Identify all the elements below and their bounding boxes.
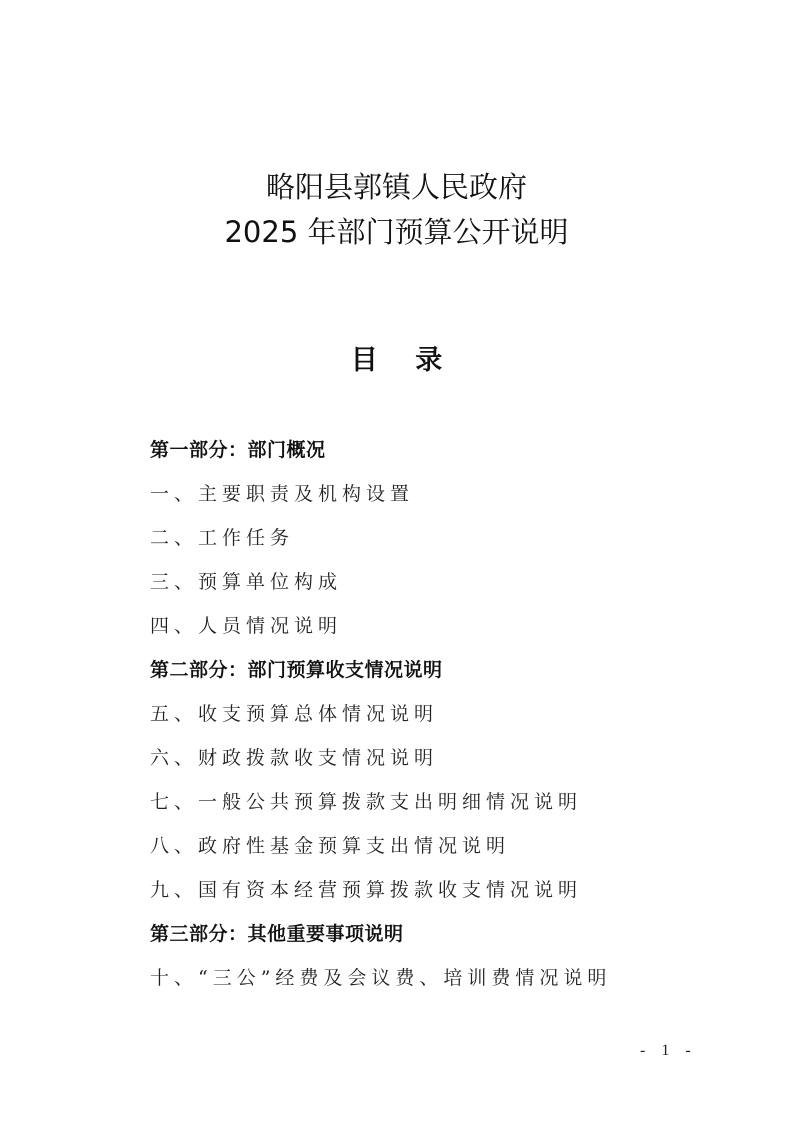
toc-item-8: 八、政府性基金预算支出情况说明 [150,832,611,876]
document-title-line2: 2025 年部门预算公开说明 [0,210,793,251]
toc-heading: 目 录 [0,338,793,377]
table-of-contents: 第一部分：部门概况 一、主要职责及机构设置 二、工作任务 三、预算单位构成 四、… [150,436,611,1008]
toc-item-7: 七、一般公共预算拨款支出明细情况说明 [150,788,611,832]
toc-part-1: 第一部分：部门概况 [150,436,611,480]
toc-item-10: 十、“三公”经费及会议费、培训费情况说明 [150,964,611,1008]
toc-item-2: 二、工作任务 [150,524,611,568]
toc-item-6: 六、财政拨款收支情况说明 [150,744,611,788]
toc-item-3: 三、预算单位构成 [150,568,611,612]
toc-heading-char1: 目 [351,338,378,377]
toc-part-2: 第二部分：部门预算收支情况说明 [150,656,611,700]
toc-part-3: 第三部分：其他重要事项说明 [150,920,611,964]
toc-heading-char2: 录 [415,338,442,377]
toc-item-5: 五、收支预算总体情况说明 [150,700,611,744]
toc-item-1: 一、主要职责及机构设置 [150,480,611,524]
toc-item-9: 九、国有资本经营预算拨款收支情况说明 [150,876,611,920]
page-number: - 1 - [640,1042,697,1060]
document-title-line1: 略阳县郭镇人民政府 [0,165,793,206]
toc-item-4: 四、人员情况说明 [150,612,611,656]
